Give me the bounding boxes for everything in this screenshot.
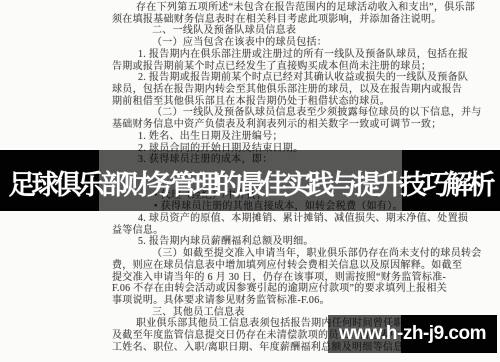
document-line: 事项说明。具体要求请参见财务监管标准-F.06。 [112,295,380,307]
document-line: 提交准入申请当年的 6 月 30 日，仍存在该事项，则需按照“财务监管标准- [112,272,380,284]
document-line: 须在填报基础财务信息表时在相关科目考虑此项影响，并添加备注说明。 [112,14,380,26]
watermark-url: www.h-zh-j9.com [328,315,497,353]
document-line: 1. 姓名、出生日期及注册编号； [112,131,380,143]
document-line: 期前租借至其他俱乐部且在本报告期仍处于租借状态的球员。 [112,96,380,108]
document-line: 基础财务信息中资产负债表及利润表列示的相关数字一致或可调节一致； [112,119,380,131]
document-line: （一）应当包含在该表中的球员包括： [112,37,380,49]
document-line: 1. 报告期内在俱乐部注册或注册过的所有一线队及预备队球员，包括在报 [112,49,380,61]
document-line: 球员，包括在报告期内转会至其他俱乐部注册的球员，以及在报告期内或报告 [112,84,380,96]
document-line: （二）一线队及预备队球员信息表至少须披露每位球员的以下信息，并与 [112,107,380,119]
document-line: 二、一线队及预备队球员信息表 [112,25,380,37]
scanned-document-page: 存在下列第五项所述“未包含在报告范围内的足球活动收入和支出”，俱乐部须在填报基础… [0,0,500,362]
document-line: 告期或报告期前某个时点已经发生了直接购买成本但尚未注册的球员； [112,61,380,73]
document-line: 益等信息。 [112,225,380,237]
document-line: 2. 报告期或报告期前某个时点已经对其确认收益或损失的一线队及预备队 [112,72,380,84]
watermark-box: www.h-zh-j9.com [328,315,497,353]
page-title: 足球俱乐部财务管理的最佳实践与提升技巧解析 [0,152,500,213]
document-line: 费，则应在球员信息表中增加填列应付转会费相关信息以及原因解释。如截至 [112,260,380,272]
title-banner: 足球俱乐部财务管理的最佳实践与提升技巧解析 [0,150,500,211]
document-line: 5. 报告期内球员薪酬福利总额及明细。 [112,236,380,248]
document-line: 存在下列第五项所述“未包含在报告范围内的足球活动收入和支出”，俱乐部 [112,2,380,14]
document-line: 4. 球员资产的原值、本期摊销、累计摊销、减值损失、期末净值、处置损 [112,213,380,225]
document-line: F.06 不存在由转会活动或因参赛引起的逾期应付款项”的要求填列上报相关 [112,283,380,295]
document-line: （三）如截至提交准入申请当年，职业俱乐部仍存在尚未支付的球员转会 [112,248,380,260]
